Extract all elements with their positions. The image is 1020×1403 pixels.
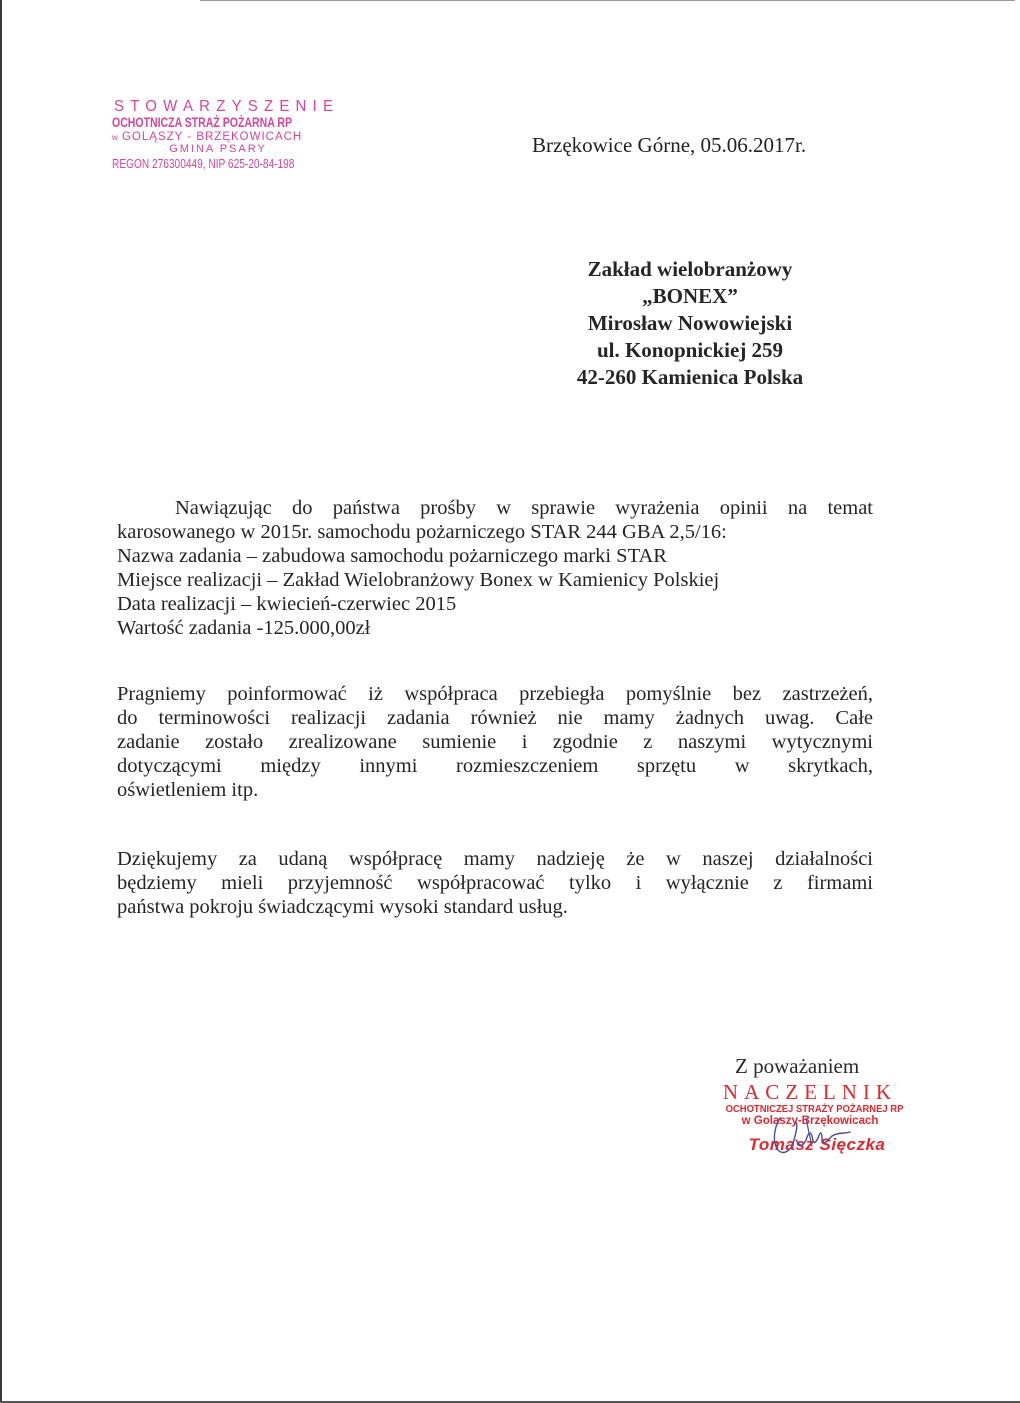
task-value-line: Wartość zadania -125.000,00zł <box>117 616 873 640</box>
paragraph-line: państwa pokroju świadczącymi wysoki stan… <box>117 895 873 919</box>
scan-edge-left <box>0 0 2 1403</box>
paragraph-line: Dziękujemy za udaną współpracę mamy nadz… <box>117 847 873 871</box>
paragraph-intro: Nawiązując do państwa prośby w sprawie w… <box>117 496 873 640</box>
stamp-line-location: w GOLĄSZY - BRZĘKOWICACH <box>112 132 342 144</box>
paragraph-line: karosowanego w 2015r. samochodu pożarnic… <box>117 520 873 544</box>
paragraph-line: do terminowości realizacji zadania równi… <box>117 706 873 730</box>
stamp-line-association: STOWARZYSZENIE <box>112 99 342 115</box>
task-name-line: Nazwa zadania – zabudowa samochodu pożar… <box>117 544 873 568</box>
place-and-date: Brzękowice Górne, 05.06.2017r. <box>532 133 806 158</box>
organization-stamp: STOWARZYSZENIE OCHOTNICZA STRAŻ POŻARNA … <box>112 99 342 170</box>
paragraph-line: Nawiązując do państwa prośby w sprawie w… <box>117 496 873 520</box>
task-period-line: Data realizacji – kwiecień-czerwiec 2015 <box>117 592 873 616</box>
recipient-line: 42-260 Kamienica Polska <box>545 364 835 391</box>
closing-salutation: Z poważaniem <box>735 1054 859 1079</box>
paragraph-cooperation: Pragniemy poinformować iż współpraca prz… <box>117 682 873 802</box>
task-location-line: Miejsce realizacji – Zakład Wielobranżow… <box>117 568 873 592</box>
paragraph-line: będziemy mieli przyjemność współpracować… <box>117 871 873 895</box>
recipient-line: Mirosław Nowowiejski <box>545 310 835 337</box>
stamp-line-registry: REGON 276300449, NIP 625-20-84-198 <box>112 157 291 170</box>
scan-edge-top <box>200 0 1015 1</box>
recipient-line: ul. Konopnickiej 259 <box>545 337 835 364</box>
handwritten-signature-icon <box>766 1110 856 1165</box>
paragraph-line: Pragniemy poinformować iż współpraca prz… <box>117 682 873 706</box>
paragraph-line: dotyczącymi między innymi rozmieszczenie… <box>117 754 873 778</box>
paragraph-line: oświetleniem itp. <box>117 778 873 802</box>
paragraph-line: zadanie zostało zrealizowane sumienie i … <box>117 730 873 754</box>
recipient-line: „BONEX” <box>545 283 835 310</box>
stamp-line-commune: GMINA PSARY <box>112 144 342 155</box>
paragraph-thanks: Dziękujemy za udaną współpracę mamy nadz… <box>117 847 873 919</box>
recipient-line: Zakład wielobranżowy <box>545 256 835 283</box>
recipient-address: Zakład wielobranżowy „BONEX” Mirosław No… <box>545 256 835 391</box>
stamp-line-name: OCHOTNICZA STRAŻ POŻARNA RP <box>112 116 291 130</box>
letter-page: STOWARZYSZENIE OCHOTNICZA STRAŻ POŻARNA … <box>0 0 1020 1403</box>
signature-stamp-title: NACZELNIK <box>690 1081 930 1103</box>
